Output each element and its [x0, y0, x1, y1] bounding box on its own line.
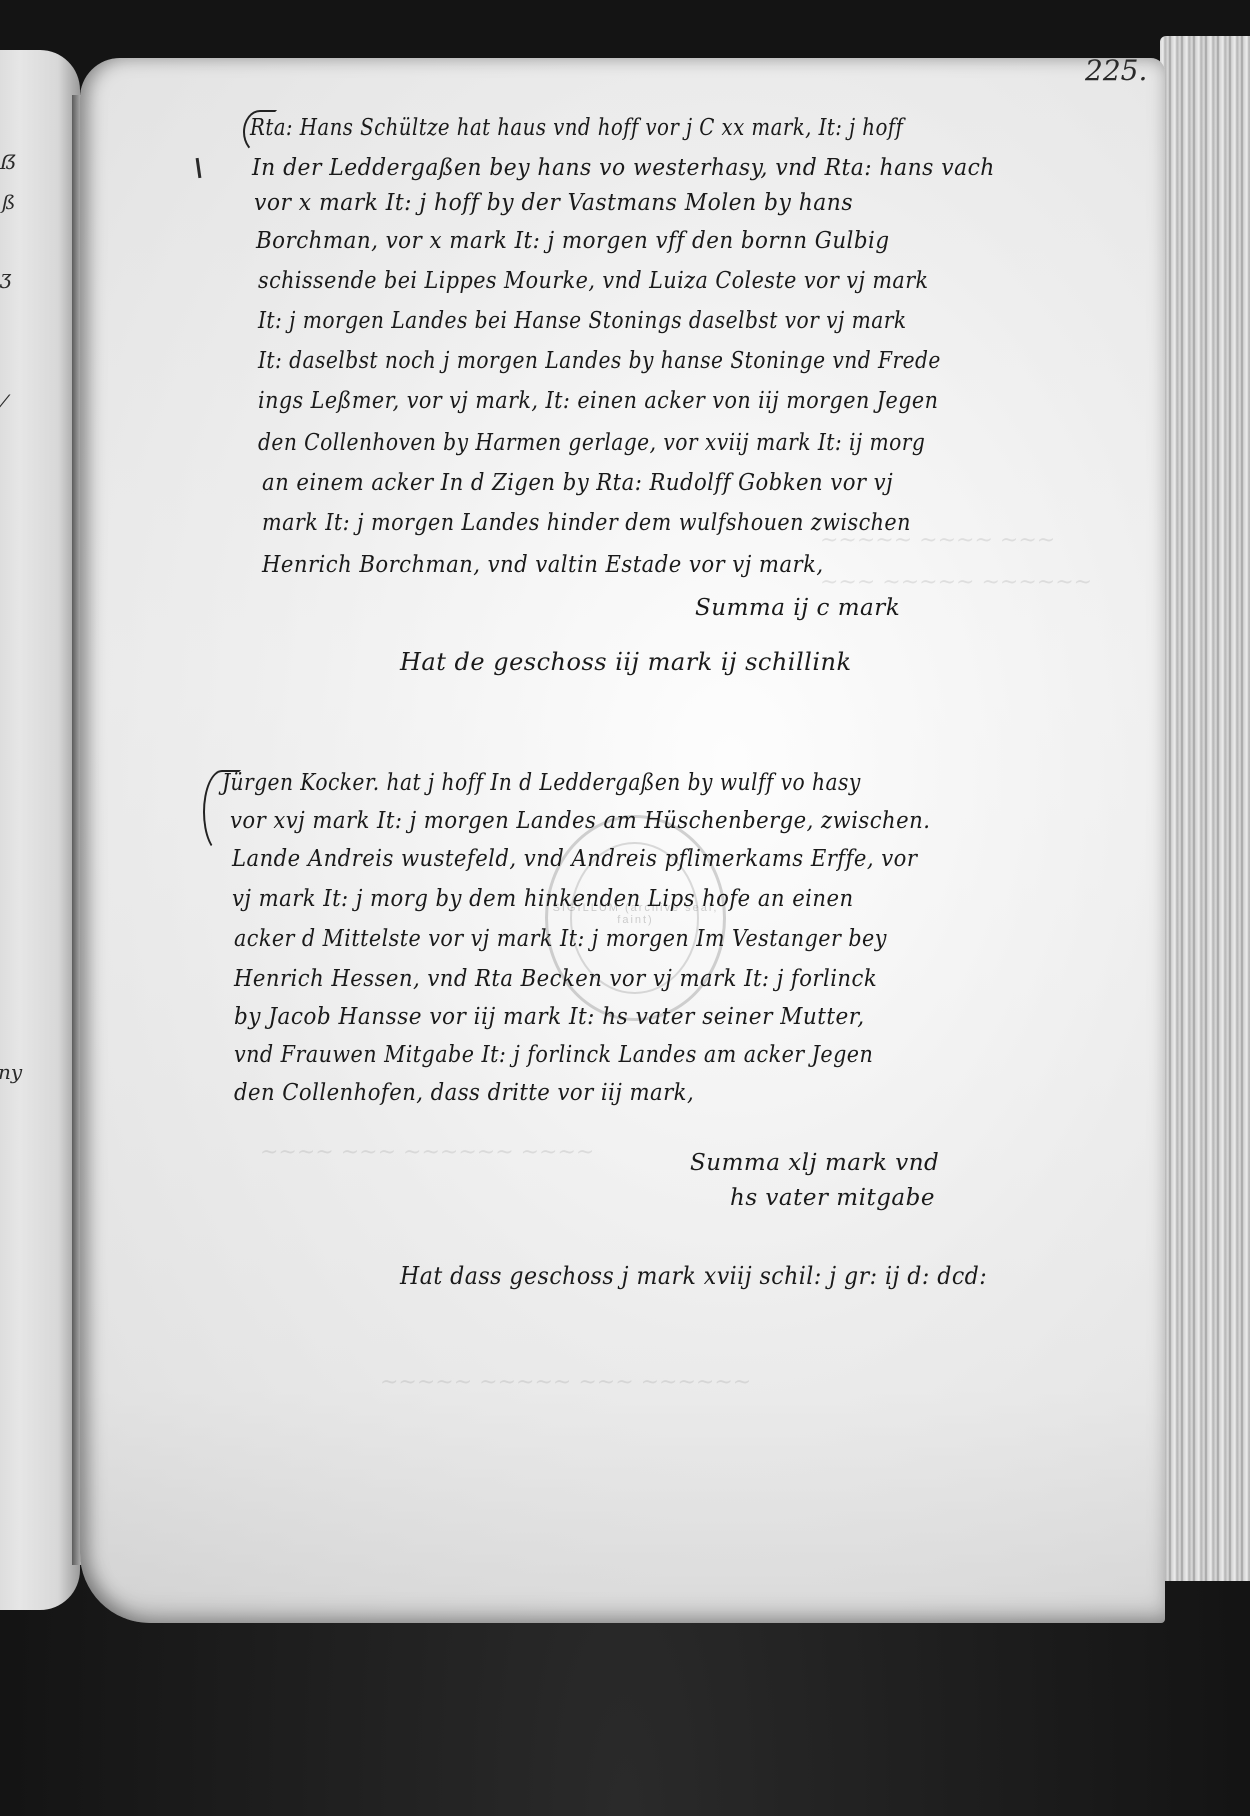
entry-line: Henrich Borchman, vnd valtin Estade vor …: [262, 552, 824, 578]
left-marginalia-3: ʒ: [0, 265, 11, 289]
entry-line: It: j morgen Landes bei Hanse Stonings d…: [258, 308, 907, 334]
entry-line: It: daselbst noch j morgen Landes by han…: [258, 348, 941, 374]
entry-line: mark It: j morgen Landes hinder dem wulf…: [262, 510, 911, 536]
show-through-text: ~~~ ~~~~~ ~~~~~~: [820, 570, 1092, 595]
left-marginalia-4: ⁄: [2, 390, 5, 414]
entry-line: vj mark It: j morg by dem hinkenden Lips…: [232, 886, 854, 912]
entry-summa: Summa ij c mark: [695, 595, 900, 621]
entry-line: Jürgen Kocker. hat j hoff In d Leddergaß…: [222, 770, 861, 796]
entry-line: Borchman, vor x mark It: j morgen vff de…: [256, 228, 889, 254]
show-through-text: ~~~~ ~~~ ~~~~~~ ~~~~: [260, 1140, 594, 1165]
entry-tax-paid: Hat dass geschoss j mark xviij schil: j …: [400, 1262, 987, 1290]
left-marginalia-2: ß: [2, 190, 15, 214]
entry-line: by Jacob Hansse vor iij mark It: hs vate…: [234, 1004, 865, 1030]
page-edge-stack: [1160, 36, 1250, 1581]
entry-line: ings Leßmer, vor vj mark, It: einen acke…: [258, 388, 938, 414]
entry-line: den Collenhoven by Harmen gerlage, vor x…: [258, 430, 925, 456]
entry-line: vnd Frauwen Mitgabe It: j forlinck Lande…: [234, 1042, 873, 1068]
entry-line: Lande Andreis wustefeld, vnd Andreis pfl…: [232, 846, 917, 872]
entry-line: acker d Mittelste vor vj mark It: j morg…: [234, 926, 887, 952]
left-facing-page: ẞ ß ʒ ⁄ ny: [0, 50, 80, 1610]
page-number: 225.: [1085, 54, 1147, 87]
left-marginalia-1: ẞ: [0, 150, 17, 174]
entry-heading: Rta: Hans Schültze hat haus vnd hoff vor…: [250, 115, 903, 141]
entry-line: In der Leddergaßen bey hans vo westerhas…: [252, 155, 995, 181]
entry-summa-line-1: Summa xlj mark vnd: [690, 1150, 939, 1176]
entry-line: vor x mark It: j hoff by der Vastmans Mo…: [254, 190, 853, 216]
show-through-text: ~~~~~ ~~~~~ ~~~ ~~~~~~: [380, 1370, 751, 1395]
entry-tax-paid: Hat de geschoss iij mark ij schillink: [400, 648, 852, 676]
entry-line: Henrich Hessen, vnd Rta Becken vor vj ma…: [234, 966, 877, 992]
entry-line: an einem acker In d Zigen by Rta: Rudolf…: [262, 470, 893, 496]
entry-line: schissende bei Lippes Mourke, vnd Luiza …: [258, 268, 929, 294]
entry-line: Rta: Hans Schültze hat haus vnd hoff vor…: [250, 115, 903, 141]
left-marginalia-5: ny: [0, 1060, 22, 1084]
entry-summa-line-2: hs vater mitgabe: [730, 1185, 935, 1211]
entry-line: den Collenhofen, dass dritte vor iij mar…: [234, 1080, 694, 1106]
entry-line: vor xvj mark It: j morgen Landes am Hüsc…: [230, 808, 930, 834]
